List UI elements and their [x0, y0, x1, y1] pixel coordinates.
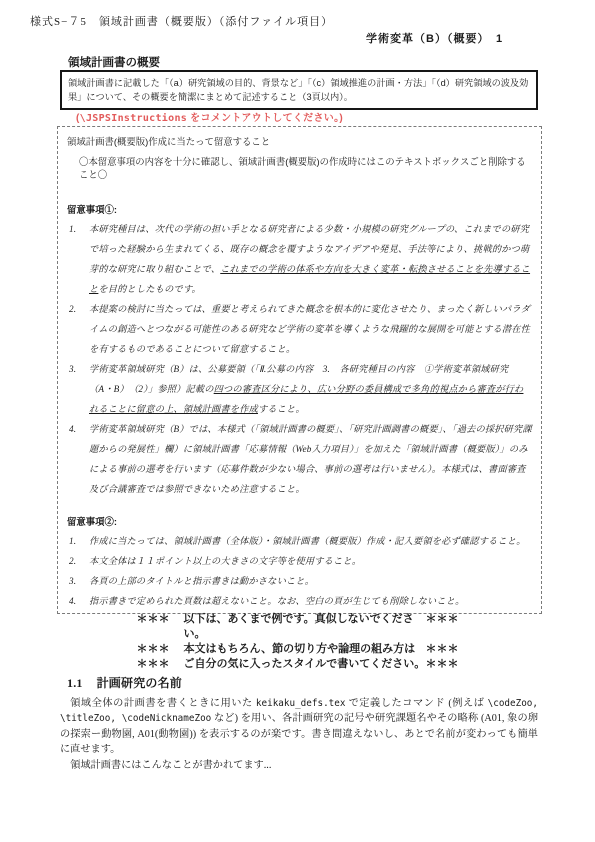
- notice1-list: 1.本研究種目は、次代の学術の担い手となる研究者による少数・小規模の研究グループ…: [67, 219, 532, 499]
- delete-note-top: 〇本留意事項の内容を十分に確認し、領域計画書(概要版)の作成時にはこのテキストボ…: [67, 155, 532, 181]
- banner-text: ご自分の気に入ったスタイルで書いてください。: [184, 657, 426, 672]
- banner-row: ＊＊＊ 本文はもちろん、節の切り方や論理の組み方は ＊＊＊: [137, 642, 459, 657]
- item-text: 指示書きで定められた頁数は超えないこと。なお、空白の頁が生じても削除しないこと。: [89, 596, 465, 606]
- overview-box-text: 領域計画書に記載した「（a）研究領域の目的、背景など」「（c）領域推進の計画・方…: [68, 78, 528, 102]
- item-number: 3.: [69, 571, 76, 591]
- item-text: を目的としたものです。: [98, 284, 201, 294]
- list-item: 3.学術変革領域研究（B）は、公募要領（「Ⅱ.公募の内容 3. 各研究種目の内容…: [67, 359, 532, 419]
- item-number: 4.: [69, 591, 76, 611]
- list-item: 2.本提案の検討に当たっては、重要と考えられてきた概念を根本的に変化させたり、ま…: [67, 299, 532, 359]
- item-text: 作成に当たっては、領域計画書（全体版）・領域計画書（概要版）作成・記入要領を必ず…: [89, 536, 526, 546]
- list-item: 4.指示書きで定められた頁数は超えないこと。なお、空白の頁が生じても削除しないこ…: [67, 591, 532, 611]
- banner-stars-left: ＊＊＊: [137, 657, 170, 672]
- banner-text: 本文はもちろん、節の切り方や論理の組み方は: [184, 642, 426, 657]
- overview-heading: 領域計画書の概要: [68, 54, 160, 70]
- notice1-label: 留意事項①:: [67, 203, 532, 216]
- banner-stars-right: ＊＊＊: [426, 642, 459, 657]
- section-title: 計画研究の名前: [97, 676, 182, 690]
- inline-code: keikaku_defs.tex: [256, 698, 346, 709]
- body-text: 領域全体の計画書を書くときに用いた keikaku_defs.tex で定義した…: [60, 696, 538, 773]
- item-text: 学術変革領域研究（B）では、本様式（「領域計画書の概要」、「研究計画調書の概要」…: [89, 424, 532, 494]
- banner-stars-left: ＊＊＊: [137, 612, 170, 642]
- item-number: 4.: [69, 419, 76, 439]
- banner-text: 以下は、あくまで例です。真似しないでください。: [184, 612, 426, 642]
- item-number: 2.: [69, 551, 76, 571]
- form-label: 様式S−７5 領域計画書（概要版）（添付ファイル項目）: [30, 13, 333, 29]
- section-number: 1.1: [67, 676, 83, 690]
- body-paragraph: 領域計画書にはこんなことが書かれてます...: [60, 758, 538, 773]
- banner-row: ＊＊＊ 以下は、あくまで例です。真似しないでください。 ＊＊＊: [137, 612, 459, 642]
- notice2-label: 留意事項②:: [67, 515, 532, 528]
- banner-row: ＊＊＊ ご自分の気に入ったスタイルで書いてください。 ＊＊＊: [137, 657, 459, 672]
- item-text: 各頁の上部のタイトルと指示書きは動かさないこと。: [89, 576, 314, 586]
- jsps-command-code: \JSPSInstructions: [80, 113, 187, 124]
- body-paragraph: 領域全体の計画書を書くときに用いた keikaku_defs.tex で定義した…: [60, 696, 538, 758]
- list-item: 1.本研究種目は、次代の学術の担い手となる研究者による少数・小規模の研究グループ…: [67, 219, 532, 299]
- item-number: 3.: [69, 359, 76, 379]
- list-item: 4.学術変革領域研究（B）では、本様式（「領域計画書の概要」、「研究計画調書の概…: [67, 419, 532, 499]
- banner-stars-right: ＊＊＊: [426, 657, 459, 672]
- list-item: 1.作成に当たっては、領域計画書（全体版）・領域計画書（概要版）作成・記入要領を…: [67, 531, 532, 551]
- item-number: 2.: [69, 299, 76, 319]
- section-heading: 1.1計画研究の名前: [67, 674, 182, 691]
- list-item: 3.各頁の上部のタイトルと指示書きは動かさないこと。: [67, 571, 532, 591]
- list-item: 2.本文全体は１１ポイント以上の大きさの文字等を使用すること。: [67, 551, 532, 571]
- document-page: 様式S−７5 領域計画書（概要版）（添付ファイル項目） 学術変革（B）（概要） …: [0, 0, 595, 842]
- jsps-comment-line: (\JSPSInstructions をコメントアウトしてください。): [76, 109, 343, 124]
- item-text: 本提案の検討に当たっては、重要と考えられてきた概念を根本的に変化させたり、まった…: [89, 304, 530, 354]
- item-text: すること。: [258, 404, 305, 414]
- notice2-list: 1.作成に当たっては、領域計画書（全体版）・領域計画書（概要版）作成・記入要領を…: [67, 531, 532, 611]
- banner-stars-left: ＊＊＊: [137, 642, 170, 657]
- notice-box: 領域計画書(概要版)作成に当たって留意すること 〇本留意事項の内容を十分に確認し…: [57, 126, 542, 614]
- notice-title: 領域計画書(概要版)作成に当たって留意すること: [67, 135, 532, 148]
- banner-stars-right: ＊＊＊: [426, 612, 459, 642]
- paragraph-text: で定義したコマンド (例えば: [345, 698, 487, 709]
- example-banner: ＊＊＊ 以下は、あくまで例です。真似しないでください。 ＊＊＊ ＊＊＊ 本文はも…: [0, 612, 595, 672]
- overview-box: 領域計画書に記載した「（a）研究領域の目的、背景など」「（c）領域推進の計画・方…: [60, 70, 538, 110]
- jsps-comment-rest: をコメントアウトしてください。): [187, 113, 343, 124]
- paragraph-text: 領域全体の計画書を書くときに用いた: [70, 698, 256, 709]
- page-header-right: 学術変革（B）（概要） 1: [366, 30, 503, 46]
- item-text: 本文全体は１１ポイント以上の大きさの文字等を使用すること。: [89, 556, 361, 566]
- item-number: 1.: [69, 219, 76, 239]
- item-number: 1.: [69, 531, 76, 551]
